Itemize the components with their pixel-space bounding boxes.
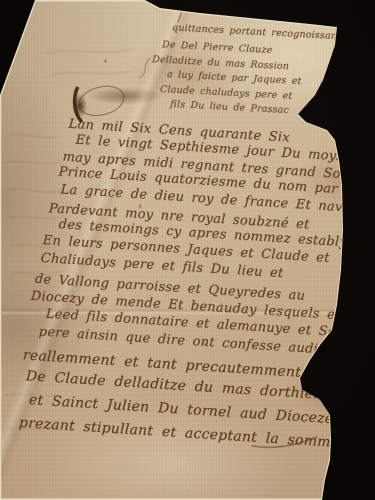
manuscript-photo: quittances portant recognoissance De Del… — [0, 0, 375, 500]
manuscript-text: Lan mil Six Cens quarante Six Et le ving… — [1, 2, 374, 499]
manuscript-paper: quittances portant recognoissance De Del… — [1, 2, 374, 499]
